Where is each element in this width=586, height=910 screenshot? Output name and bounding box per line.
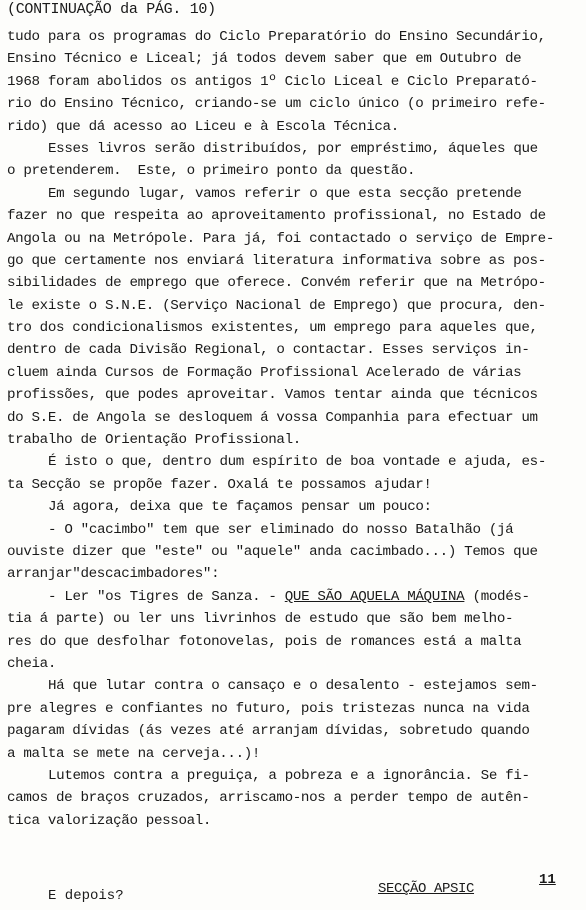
text-line: - O "cacimbo" tem que ser eliminado do n… (7, 519, 583, 541)
text-line: do S.E. de Angola se desloquem á vossa C… (7, 407, 583, 429)
line-text: Em segundo lugar, vamos referir o que es… (48, 186, 522, 202)
text-line: Esses livros serão distribuídos, por emp… (7, 138, 583, 160)
line-text: pagaram dívidas (ás vezes até arranjam d… (7, 723, 530, 739)
line-text: trabalho de Orientação Profissional. (7, 432, 301, 448)
line-text: ta Secção se propõe fazer. Oxalá te poss… (7, 477, 432, 493)
text-line: ouviste dizer que "este" ou "aquele" and… (7, 541, 583, 563)
text-line: Ensino Técnico e Liceal; já todos devem … (7, 48, 583, 70)
text-line: tica valorização pessoal. (7, 810, 583, 832)
text-line: sibilidades de emprego que oferece. Conv… (7, 272, 583, 294)
line-text: 1968 foram abolidos os antigos 1º Ciclo … (7, 74, 538, 90)
text-line: Em segundo lugar, vamos referir o que es… (7, 183, 583, 205)
underlined-title: QUE SÃO AQUELA MÁQUINA (285, 589, 465, 605)
line-text: rido) que dá acesso ao Liceu e à Escola … (7, 119, 399, 135)
text-line: cluem ainda Cursos de Formação Profissio… (7, 362, 583, 384)
text-line: trabalho de Orientação Profissional. (7, 429, 583, 451)
line-text: arranjar"descacimbadores": (7, 566, 219, 582)
line-text: fazer no que respeita ao aproveitamento … (7, 208, 546, 224)
line-text: o pretenderem. Este, o primeiro ponto da… (7, 163, 415, 179)
text-line: dentro de cada Divisão Regional, o conta… (7, 339, 583, 361)
line-text: É isto o que, dentro dum espírito de boa… (48, 454, 546, 470)
text-line: tro dos condicionalismos existentes, um … (7, 317, 583, 339)
text-line: res do que desfolhar fotonovelas, pois d… (7, 631, 583, 653)
line-text: Angola ou na Metrópole. Para já, foi con… (7, 231, 554, 247)
line-text: Lutemos contra a preguiça, a pobreza e a… (48, 768, 530, 784)
line-text: res do que desfolhar fotonovelas, pois d… (7, 634, 521, 650)
text-line: o pretenderem. Este, o primeiro ponto da… (7, 160, 583, 182)
line-text: Esses livros serão distribuídos, por emp… (48, 141, 538, 157)
line-text: do S.E. de Angola se desloquem á vossa C… (7, 410, 538, 426)
line-text: tica valorização pessoal. (7, 813, 211, 829)
line-text: tudo para os programas do Ciclo Preparat… (7, 29, 546, 45)
text-line: É isto o que, dentro dum espírito de boa… (7, 451, 583, 473)
text-line: arranjar"descacimbadores": (7, 563, 583, 585)
text-line: le existe o S.N.E. (Serviço Nacional de … (7, 295, 583, 317)
line-text: rio do Ensino Técnico, criando-se um cic… (7, 96, 546, 112)
text-line: profissões, que podes aproveitar. Vamos … (7, 384, 583, 406)
text-line: go que certamente nos enviará literatura… (7, 250, 583, 272)
line-text: sibilidades de emprego que oferece. Conv… (7, 275, 546, 291)
text-line: Há que lutar contra o cansaço e o desale… (7, 675, 583, 697)
line-text: (modés- (464, 589, 529, 605)
line-text: cheia. (7, 656, 56, 672)
line-text: Há que lutar contra o cansaço e o desale… (48, 678, 538, 694)
text-line: cheia. (7, 653, 583, 675)
line-text: go que certamente nos enviará literatura… (7, 253, 546, 269)
text-line: ta Secção se propõe fazer. Oxalá te poss… (7, 474, 583, 496)
text-line: pagaram dívidas (ás vezes até arranjam d… (7, 720, 583, 742)
text-line: Lutemos contra a preguiça, a pobreza e a… (7, 765, 583, 787)
text-line: - Ler "os Tigres de Sanza. - QUE SÃO AQU… (7, 586, 583, 608)
text-line: rido) que dá acesso ao Liceu e à Escola … (7, 116, 583, 138)
line-text: camos de braços cruzados, arriscamo-nos … (7, 790, 530, 806)
line-text: tia á parte) ou ler uns livrinhos de est… (7, 611, 513, 627)
line-text: le existe o S.N.E. (Serviço Nacional de … (7, 298, 546, 314)
text-line: tudo para os programas do Ciclo Preparat… (7, 26, 583, 48)
document-page: (CONTINUAÇÃO da PÁG. 10) tudo para os pr… (0, 0, 586, 910)
continuation-header: (CONTINUAÇÃO da PÁG. 10) (7, 0, 216, 20)
text-line: 1968 foram abolidos os antigos 1º Ciclo … (7, 71, 583, 93)
text-line: pre alegres e confiantes no futuro, pois… (7, 698, 583, 720)
page-number: 11 (539, 872, 556, 888)
text-line: Angola ou na Metrópole. Para já, foi con… (7, 228, 583, 250)
line-text: a malta se mete na cerveja...)! (7, 746, 260, 762)
section-signature: SECÇÃO APSIC (378, 881, 474, 897)
text-line: a malta se mete na cerveja...)! (7, 743, 583, 765)
closing-question: E depois? (48, 888, 124, 904)
line-text: - Ler "os Tigres de Sanza. - (48, 589, 285, 605)
line-text: - O "cacimbo" tem que ser eliminado do n… (48, 522, 513, 538)
line-text: dentro de cada Divisão Regional, o conta… (7, 342, 530, 358)
line-text: tro dos condicionalismos existentes, um … (7, 320, 538, 336)
line-text: Ensino Técnico e Liceal; já todos devem … (7, 51, 521, 67)
text-line: rio do Ensino Técnico, criando-se um cic… (7, 93, 583, 115)
line-text: ouviste dizer que "este" ou "aquele" and… (7, 544, 538, 560)
text-line: tia á parte) ou ler uns livrinhos de est… (7, 608, 583, 630)
line-text: Já agora, deixa que te façamos pensar um… (48, 499, 432, 515)
text-line: fazer no que respeita ao aproveitamento … (7, 205, 583, 227)
text-line: Já agora, deixa que te façamos pensar um… (7, 496, 583, 518)
line-text: pre alegres e confiantes no futuro, pois… (7, 701, 530, 717)
text-line: camos de braços cruzados, arriscamo-nos … (7, 787, 583, 809)
line-text: profissões, que podes aproveitar. Vamos … (7, 387, 538, 403)
body-text: tudo para os programas do Ciclo Preparat… (7, 26, 583, 832)
line-text: cluem ainda Cursos de Formação Profissio… (7, 365, 521, 381)
